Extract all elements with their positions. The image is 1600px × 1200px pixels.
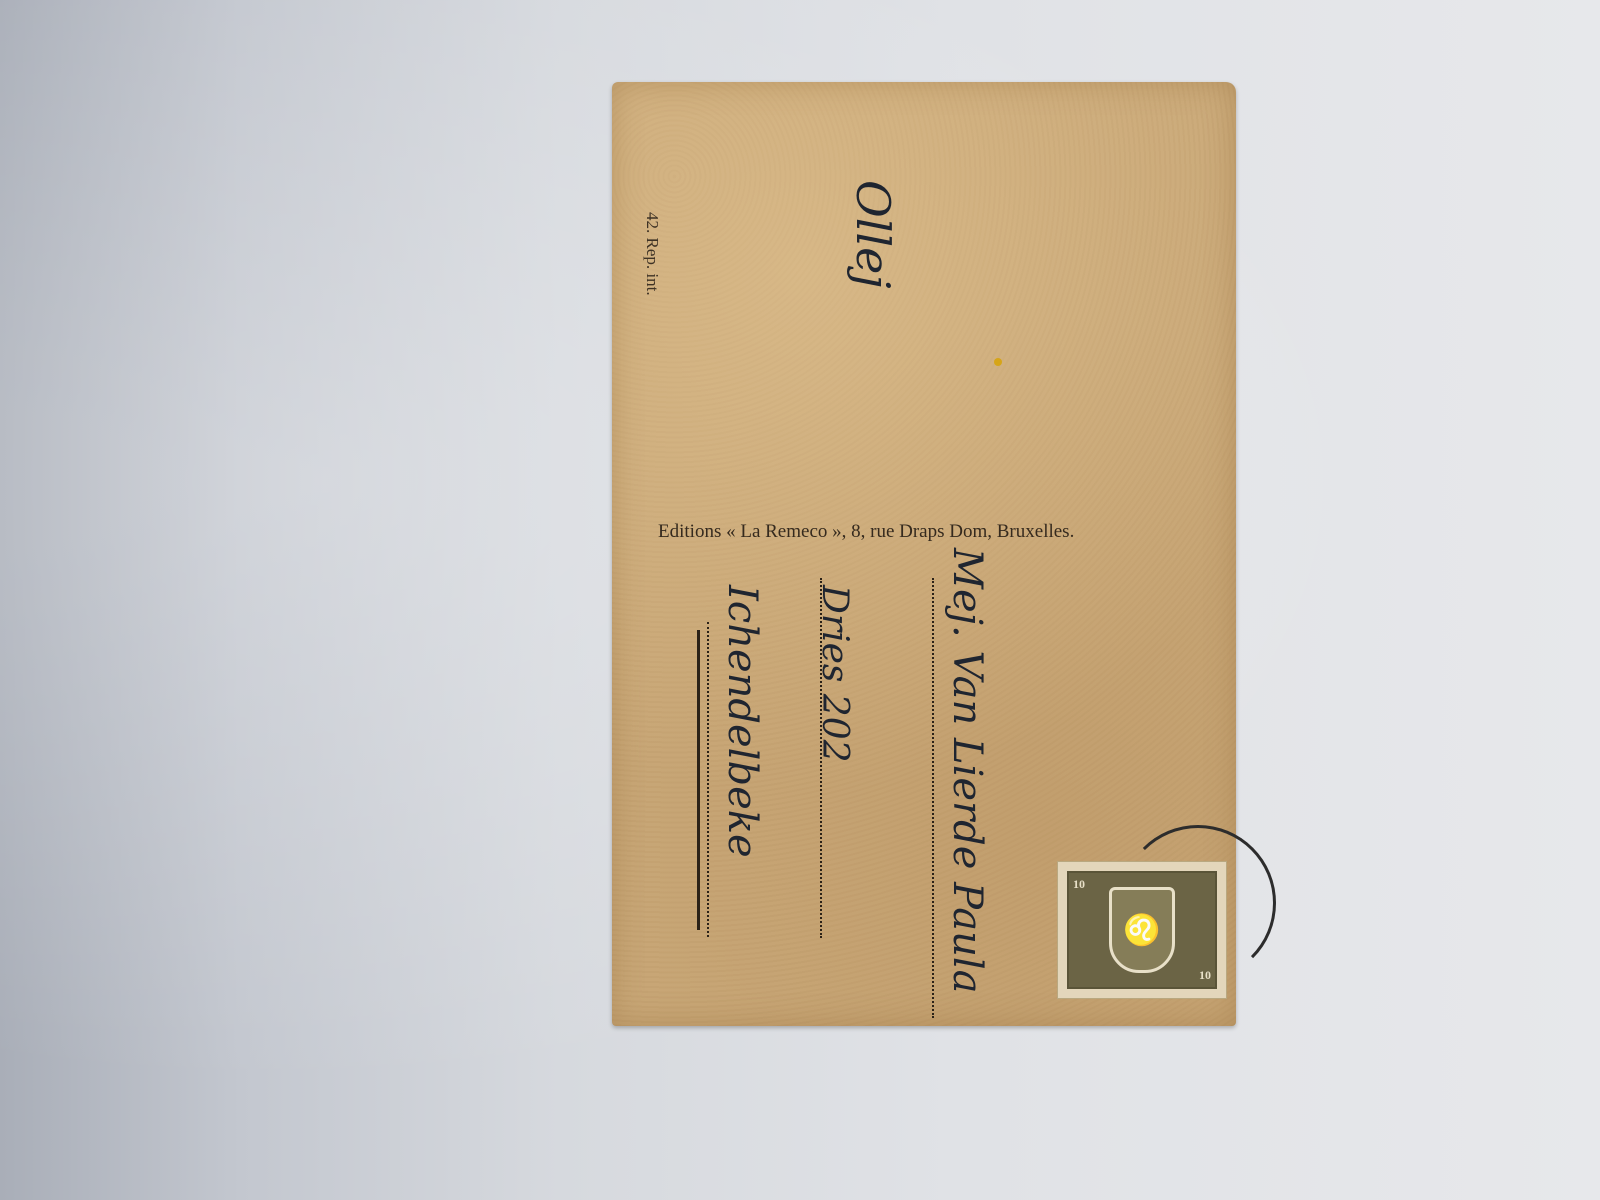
stamp-value: 10 bbox=[1073, 877, 1085, 892]
stain-spot bbox=[994, 358, 1002, 366]
handwritten-signature: Ollej bbox=[846, 180, 900, 289]
catalog-reference: 42. Rep. int. bbox=[642, 212, 662, 296]
city-underline bbox=[697, 630, 700, 930]
recipient-street: Dries 202 bbox=[814, 585, 855, 763]
publisher-line: Editions « La Remeco », 8, rue Draps Dom… bbox=[658, 521, 1074, 543]
postmark-circle bbox=[1120, 825, 1276, 981]
address-line-3 bbox=[707, 622, 709, 937]
recipient-city: Ichendelbeke bbox=[719, 585, 765, 858]
recipient-name: Mej. Van Lierde Paula bbox=[944, 548, 990, 994]
address-line-1 bbox=[932, 578, 934, 1018]
